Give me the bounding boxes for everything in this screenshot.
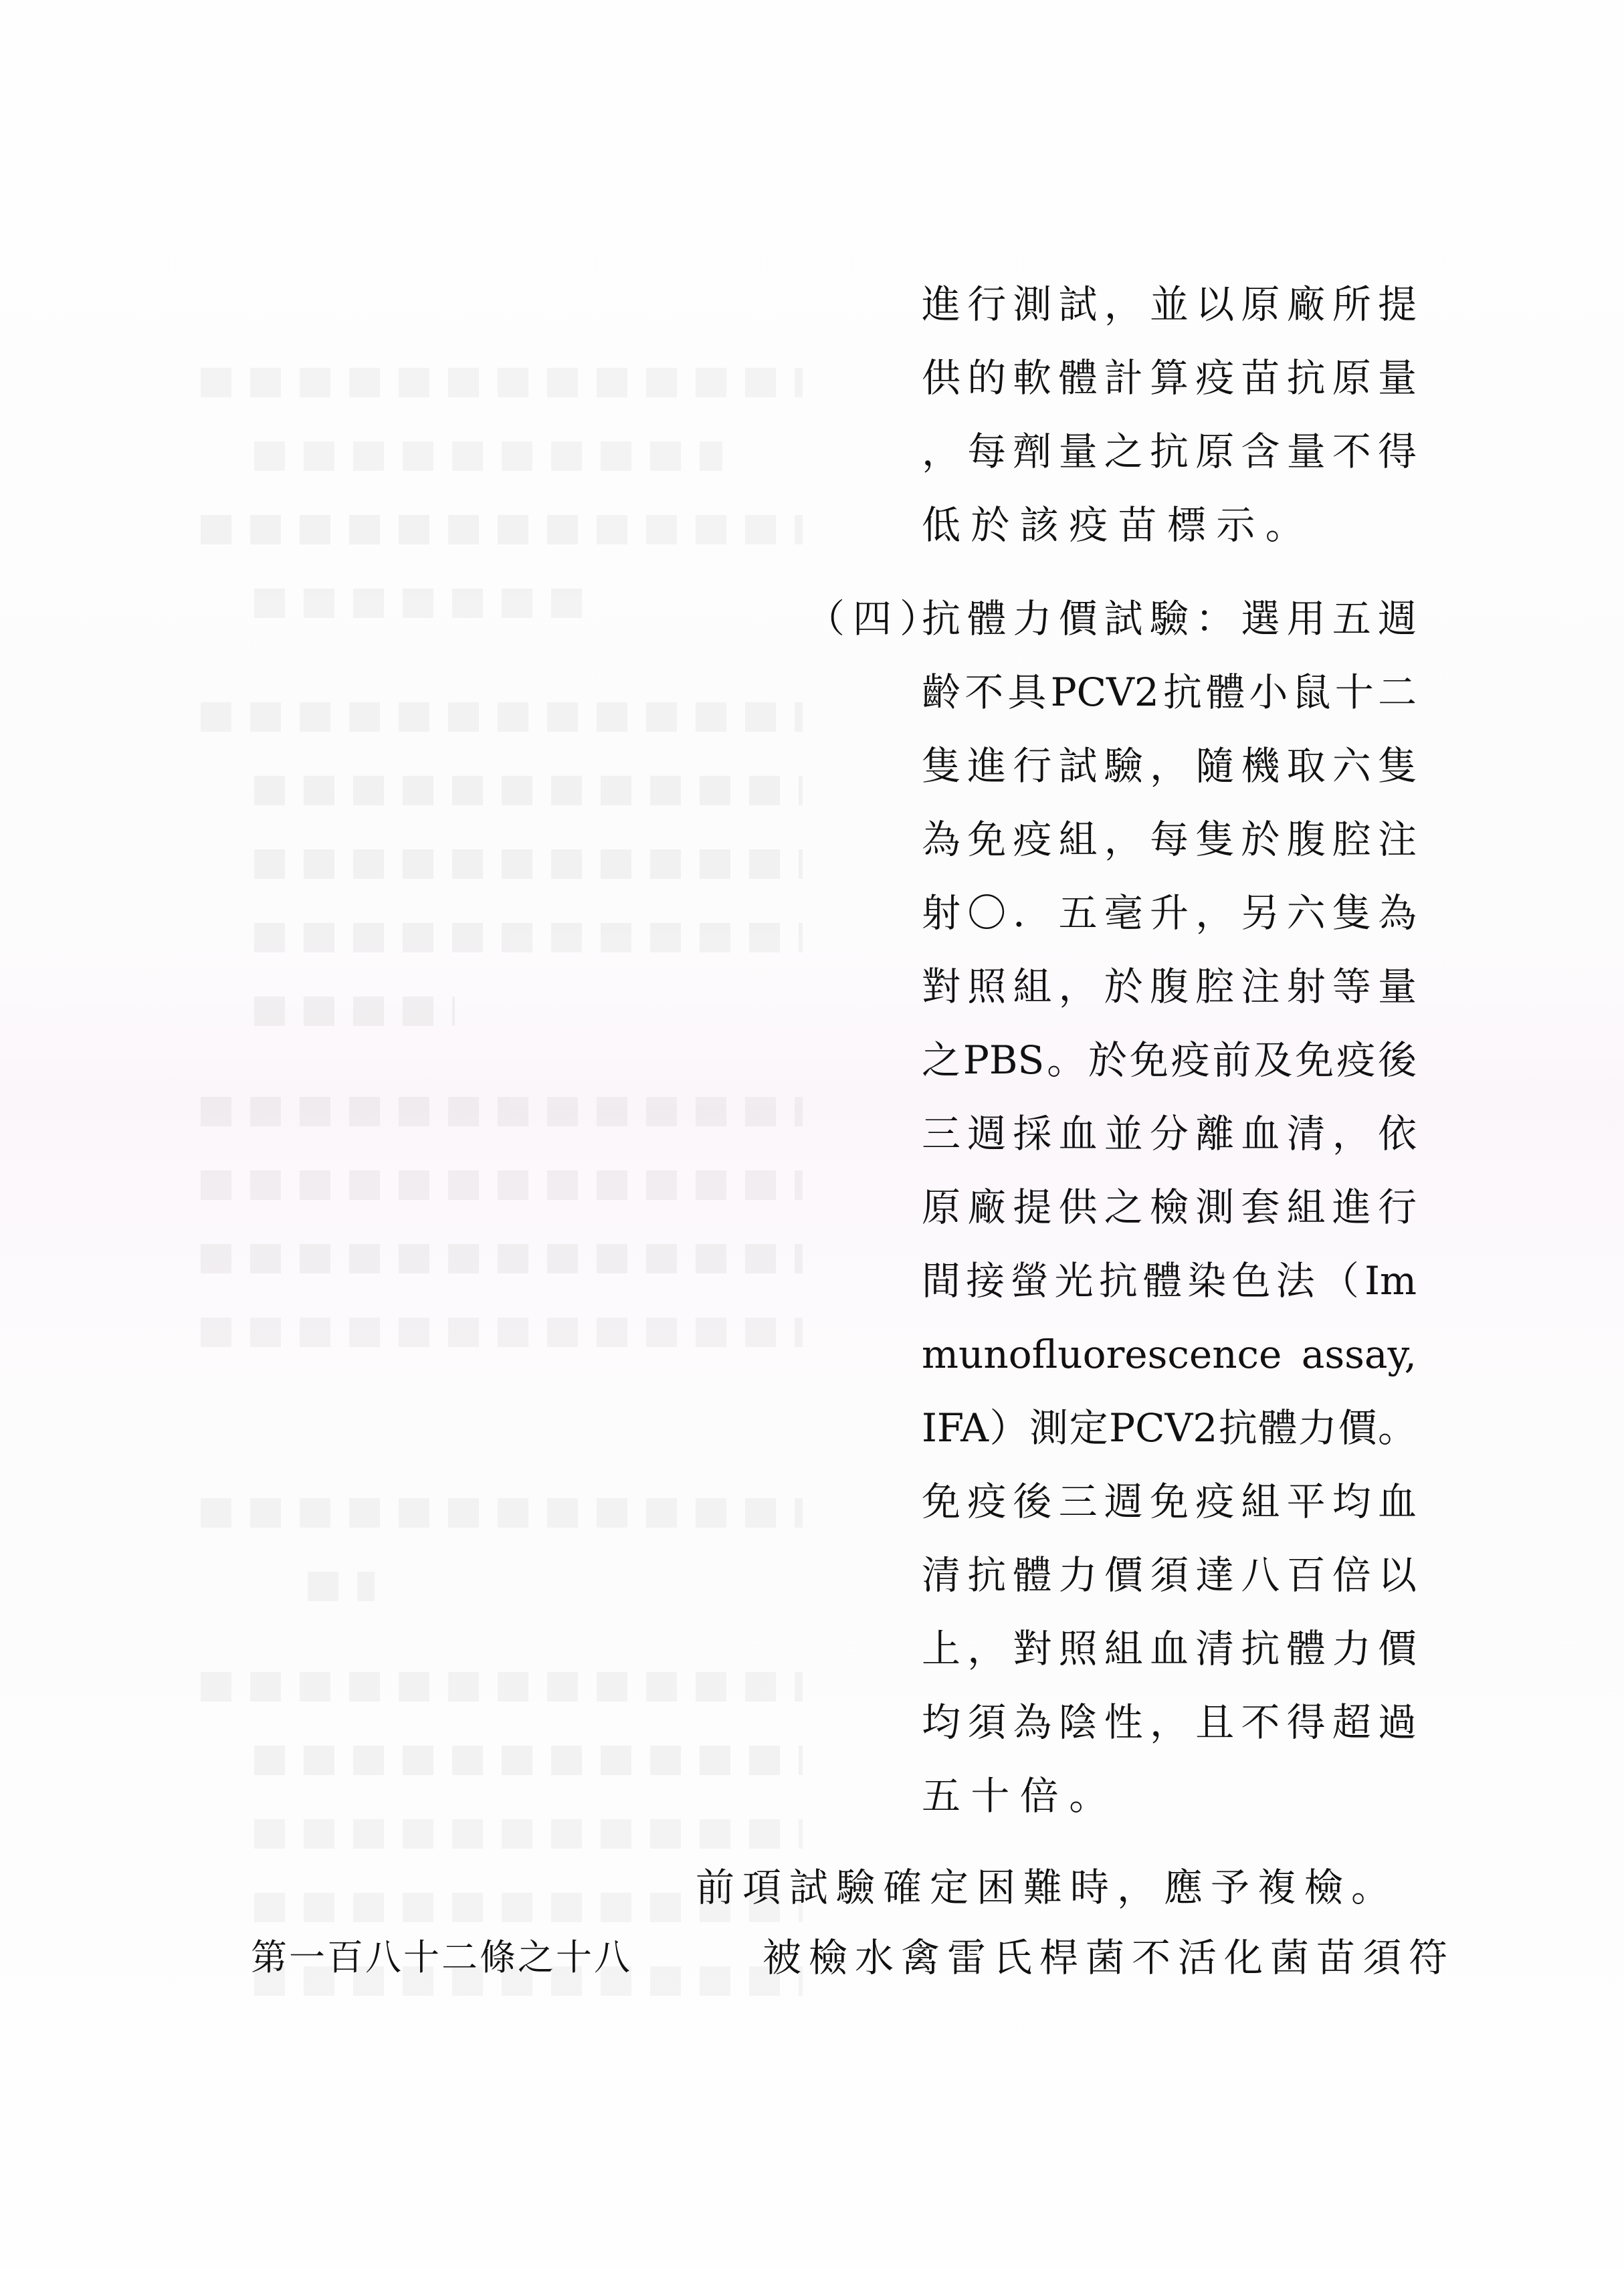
text-line: 五十倍。 — [922, 1772, 1417, 1819]
text-line: 低於該疫苗標示。 — [922, 502, 1417, 548]
text-line: 間接螢光抗體染色法（Im — [922, 1257, 1417, 1304]
text-line: 均須為陰性，且不得超過 — [922, 1699, 1417, 1746]
text-line: 清抗體力價須達八百倍以 — [922, 1552, 1417, 1598]
text-line: 為免疫組，每隻於腹腔注 — [922, 816, 1417, 863]
reverse-side-bleed-through — [201, 268, 843, 2006]
document-page: 進行測試，並以原廠所提 供的軟體計算疫苗抗原量 ，每劑量之抗原含量不得 低於該疫… — [0, 0, 1624, 2270]
text-line: 免疫後三週免疫組平均血 — [922, 1478, 1417, 1525]
text-line: 齡不具PCV2抗體小鼠十二 — [922, 669, 1417, 716]
text-line: munofluorescence assay, — [922, 1331, 1417, 1378]
text-line: 原廠提供之檢測套組進行 — [922, 1184, 1417, 1231]
text-line: 對照組，於腹腔注射等量 — [922, 963, 1417, 1010]
text-line: 上，對照組血清抗體力價 — [922, 1625, 1417, 1672]
article-heading: 第一百八十二條之十八 — [251, 1934, 632, 1981]
text-line: 抗體力價試驗：選用五週 — [922, 595, 1417, 642]
text-line: 進行測試，並以原廠所提 — [922, 281, 1417, 328]
text-line: 供的軟體計算疫苗抗原量 — [922, 354, 1417, 401]
text-line: 隻進行試驗，隨機取六隻 — [922, 742, 1417, 789]
text-line: 射〇．五毫升，另六隻為 — [922, 890, 1417, 936]
text-line: 之PBS。於免疫前及免疫後 — [922, 1037, 1417, 1084]
text-line: ，每劑量之抗原含量不得 — [922, 428, 1417, 475]
text-line: 三週採血並分離血清，依 — [922, 1110, 1417, 1157]
article-body: 被檢水禽雷氏桿菌不活化菌苗須符 — [763, 1934, 1455, 1981]
retest-note: 前項試驗確定困難時，應予複檢。 — [696, 1864, 1398, 1911]
text-line: IFA）測定PCV2抗體力價。 — [922, 1405, 1417, 1451]
